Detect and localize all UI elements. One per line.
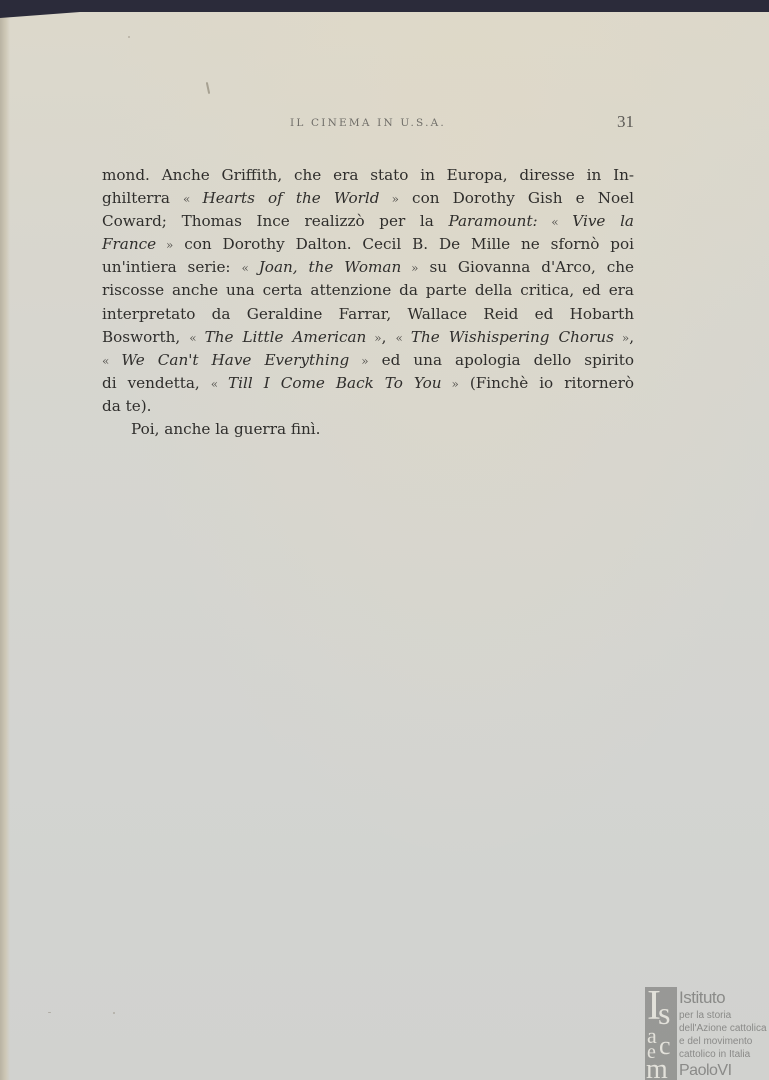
film-title: We Can't Have Everything (121, 351, 349, 369)
guillemet: « (183, 192, 202, 206)
film-title: The Wishispering Chorus (411, 328, 614, 346)
text-run: da te). (102, 397, 151, 415)
text-run: ghilterra (102, 189, 183, 207)
text-run: Bosworth, (102, 328, 189, 346)
text-run: di vendetta, (102, 374, 211, 392)
text-run: riscosse anche una certa attenzione da p… (102, 281, 634, 299)
logo-letter-m: m (646, 1056, 668, 1080)
text-run: con Dorothy Gish e Noel (399, 189, 634, 207)
running-title: IL CINEMA IN U.S.A. (290, 117, 446, 129)
body-paragraph: mond. Anche Griffith, che era stato in E… (102, 164, 634, 441)
film-title: Vive la (572, 212, 634, 230)
text-line: riscosse anche una certa attenzione da p… (102, 279, 634, 302)
text-line: di vendetta, « Till I Come Back To You »… (102, 372, 634, 395)
logo-line: e del movimento (679, 1037, 752, 1047)
isacem-watermark-logo: I s a e c m Istituto per la storia dell'… (645, 987, 769, 1080)
text-run: mond. Anche Griffith, che era stato in E… (102, 166, 634, 184)
logo-monogram-block: I s a e c m (645, 987, 677, 1080)
text-line: « We Can't Have Everything » ed una apol… (102, 349, 634, 372)
guillemet: « (102, 354, 121, 368)
film-title: France (102, 235, 156, 253)
film-title: Paramount: (448, 212, 537, 230)
text-line: mond. Anche Griffith, che era stato in E… (102, 164, 634, 187)
guillemet: » (401, 261, 418, 275)
guillemet: « (395, 331, 410, 345)
text-line: Bosworth, « The Little American », « The… (102, 326, 634, 349)
page-number: 31 (617, 112, 634, 132)
logo-line: per la storia (679, 1011, 731, 1021)
running-head: IL CINEMA IN U.S.A. 31 (0, 112, 769, 136)
text-run: interpretato da Geraldine Farrar, Wallac… (102, 305, 634, 323)
book-page: IL CINEMA IN U.S.A. 31 mond. Anche Griff… (0, 12, 769, 1080)
film-title: Joan, the Woman (259, 258, 402, 276)
guillemet: » (614, 331, 629, 345)
logo-line: cattolico in Italia (679, 1050, 750, 1060)
text-line: da te). (102, 395, 634, 418)
text-line: un'intiera serie: « Joan, the Woman » su… (102, 256, 634, 279)
film-title: Till I Come Back To You (228, 374, 441, 392)
guillemet: » (366, 331, 381, 345)
text-run: con Dorothy Dalton. Cecil B. De Mille ne… (173, 235, 634, 253)
text-line: interpretato da Geraldine Farrar, Wallac… (102, 303, 634, 326)
text-run: (Finchè io ritornerò (459, 374, 634, 392)
text-line: ghilterra « Hearts of the World » con Do… (102, 187, 634, 210)
text-line: Poi, anche la guerra finì. (102, 418, 634, 441)
paper-speck (48, 1012, 51, 1013)
guillemet: » (156, 238, 173, 252)
guillemet: » (349, 354, 368, 368)
guillemet: « (538, 215, 573, 229)
guillemet: « (241, 261, 258, 275)
scanned-page-viewport: IL CINEMA IN U.S.A. 31 mond. Anche Griff… (0, 0, 769, 1080)
guillemet: « (211, 377, 228, 391)
guillemet: » (379, 192, 398, 206)
guillemet: « (189, 331, 204, 345)
paper-speck (128, 36, 130, 38)
text-run: , (629, 328, 634, 346)
text-run: Coward; Thomas Ince realizzò per la (102, 212, 448, 230)
logo-letter-s: s (658, 997, 670, 1029)
text-line: Coward; Thomas Ince realizzò per la Para… (102, 210, 634, 233)
guillemet: » (442, 377, 459, 391)
text-line: France » con Dorothy Dalton. Cecil B. De… (102, 233, 634, 256)
film-title: Hearts of the World (202, 189, 379, 207)
logo-title: Istituto (679, 989, 725, 1006)
film-title: The Little American (205, 328, 367, 346)
text-run: su Giovanna d'Arco, che (419, 258, 634, 276)
text-run: Poi, anche la guerra finì. (131, 420, 320, 438)
text-run: un'intiera serie: (102, 258, 241, 276)
paper-speck (113, 1012, 115, 1014)
logo-line: dell'Azione cattolica (679, 1024, 767, 1034)
text-run: ed una apologia dello spirito (369, 351, 634, 369)
paper-speck (206, 82, 210, 94)
text-run: , (382, 328, 396, 346)
logo-footer: PaoloVI (679, 1063, 732, 1079)
